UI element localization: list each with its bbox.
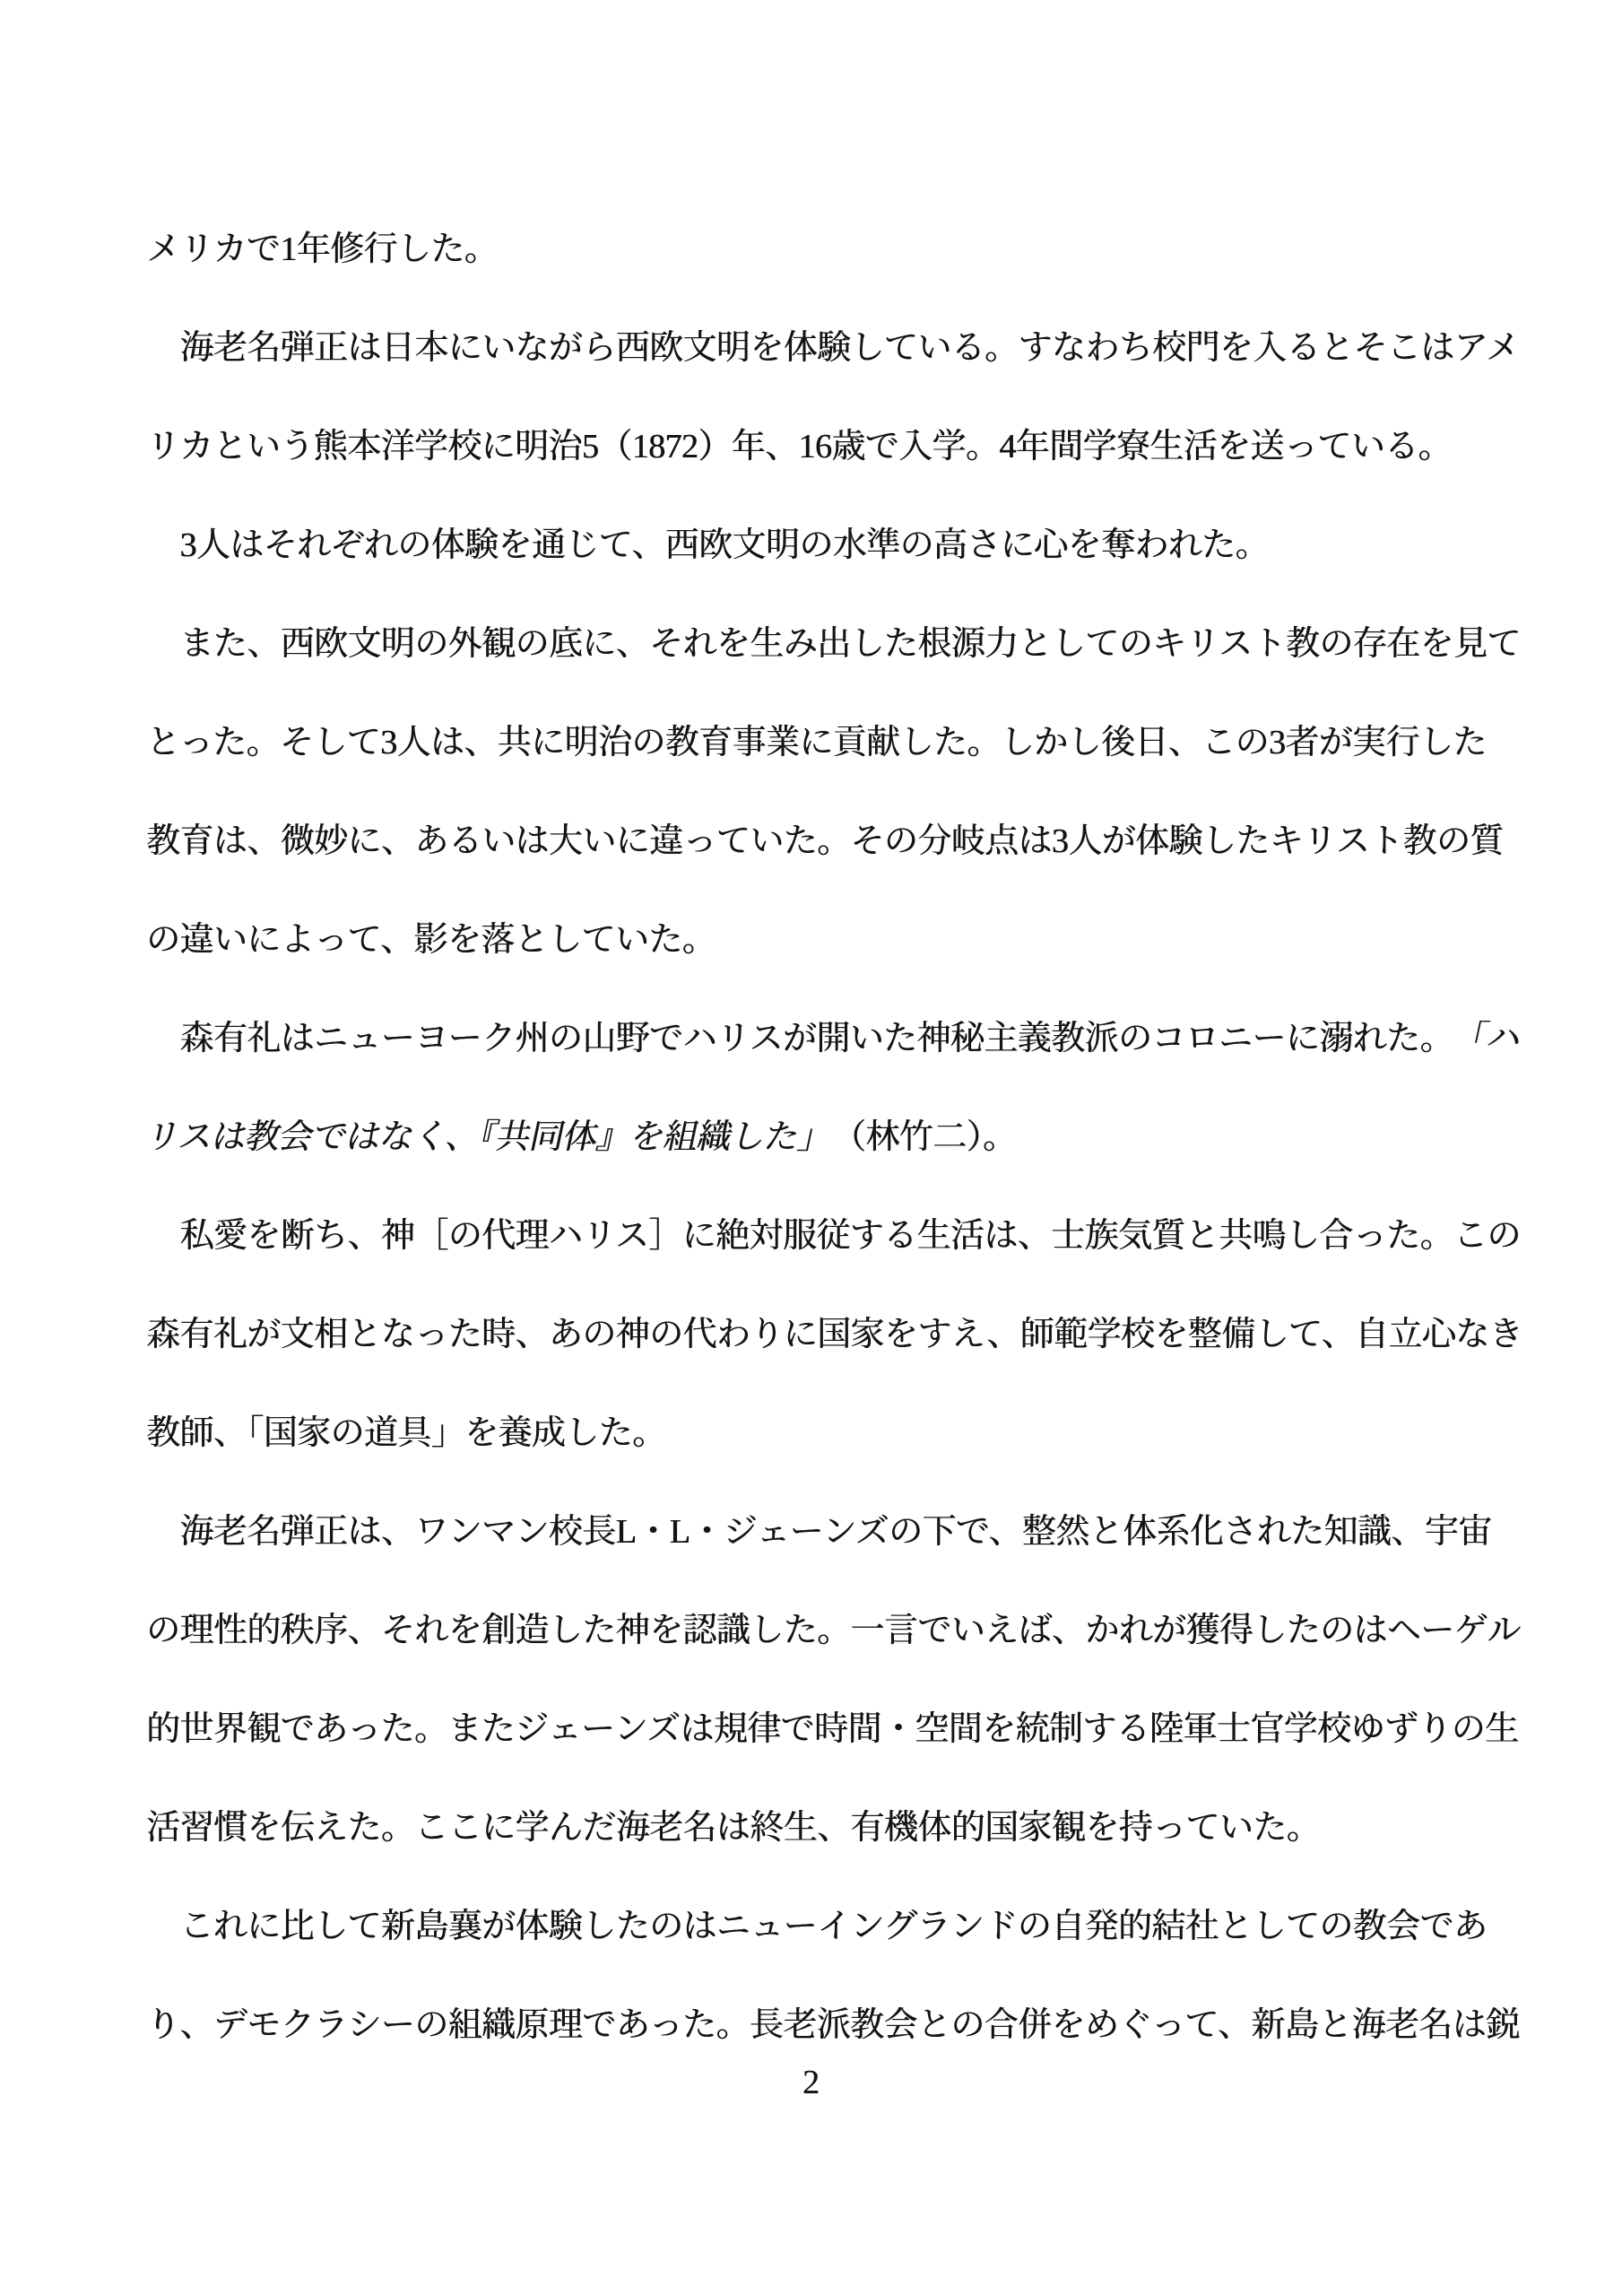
- text-segment: 森有礼はニューヨーク州の山野でハリスが開いた神秘主義教派のコロニーに溺れた。: [146, 1020, 1453, 1057]
- text-line: 3人はそれぞれの体験を通じて、西欧文明の水準の高さに心を奪われた。: [146, 496, 1581, 595]
- text-line: 教師、「国家の道具」を養成した。: [146, 1384, 1581, 1483]
- text-line: とった。そして3人は、共に明治の教育事業に貢献した。しかし後日、この3者が実行し…: [146, 693, 1581, 792]
- text-line: 海老名弾正は日本にいながら西欧文明を体験している。すなわち校門を入るとそこはアメ: [146, 299, 1581, 397]
- text-line: 森有礼が文相となった時、あの神の代わりに国家をすえ、師範学校を整備して、自立心な…: [146, 1285, 1581, 1384]
- text-line: り、デモクラシーの組織原理であった。長老派教会との合併をめぐって、新島と海老名は…: [146, 1976, 1581, 2074]
- text-line: リスは教会ではなく、『共同体』を組織した」（林竹二）。: [146, 1088, 1581, 1187]
- body-text: メリカで1年修行した。 海老名弾正は日本にいながら西欧文明を体験している。すなわ…: [146, 200, 1581, 2074]
- page-number: 2: [0, 2063, 1622, 2102]
- text-line: 的世界観であった。またジェーンズは規律で時間・空間を統制する陸軍士官学校ゆずりの…: [146, 1680, 1581, 1779]
- text-line: 教育は、微妙に、あるいは大いに違っていた。その分岐点は3人が体験したキリスト教の…: [146, 792, 1581, 891]
- text-line: これに比して新島襄が体験したのはニューイングランドの自発的結社としての教会であ: [146, 1877, 1581, 1976]
- text-line: 私愛を断ち、神［の代理ハリス］に絶対服従する生活は、士族気質と共鳴し合った。この: [146, 1187, 1581, 1285]
- text-segment: （林竹二）。: [832, 1118, 1016, 1156]
- text-line: 活習慣を伝えた。ここに学んだ海老名は終生、有機体的国家観を持っていた。: [146, 1779, 1581, 1877]
- text-line: メリカで1年修行した。: [146, 200, 1581, 299]
- text-line: 海老名弾正は、ワンマン校長L・L・ジェーンズの下で、整然と体系化された知識、宇宙: [146, 1483, 1581, 1581]
- document-page: メリカで1年修行した。 海老名弾正は日本にいながら西欧文明を体験している。すなわ…: [0, 0, 1622, 2296]
- text-line: 森有礼はニューヨーク州の山野でハリスが開いた神秘主義教派のコロニーに溺れた。「ハ: [146, 989, 1581, 1088]
- italic-quote-segment: リスは教会ではなく、『共同体』を組織した」: [135, 1088, 842, 1187]
- text-line: の理性的秩序、それを創造した神を認識した。一言でいえば、かれが獲得したのはヘーゲ…: [146, 1581, 1581, 1680]
- italic-quote-segment: 「ハ: [1443, 989, 1531, 1088]
- text-line: の違いによって、影を落としていた。: [146, 891, 1581, 989]
- text-line: リカという熊本洋学校に明治5（1872）年、16歳で入学。4年間学寮生活を送って…: [146, 397, 1581, 496]
- text-line: また、西欧文明の外観の底に、それを生み出した根源力としてのキリスト教の存在を見て: [146, 595, 1581, 693]
